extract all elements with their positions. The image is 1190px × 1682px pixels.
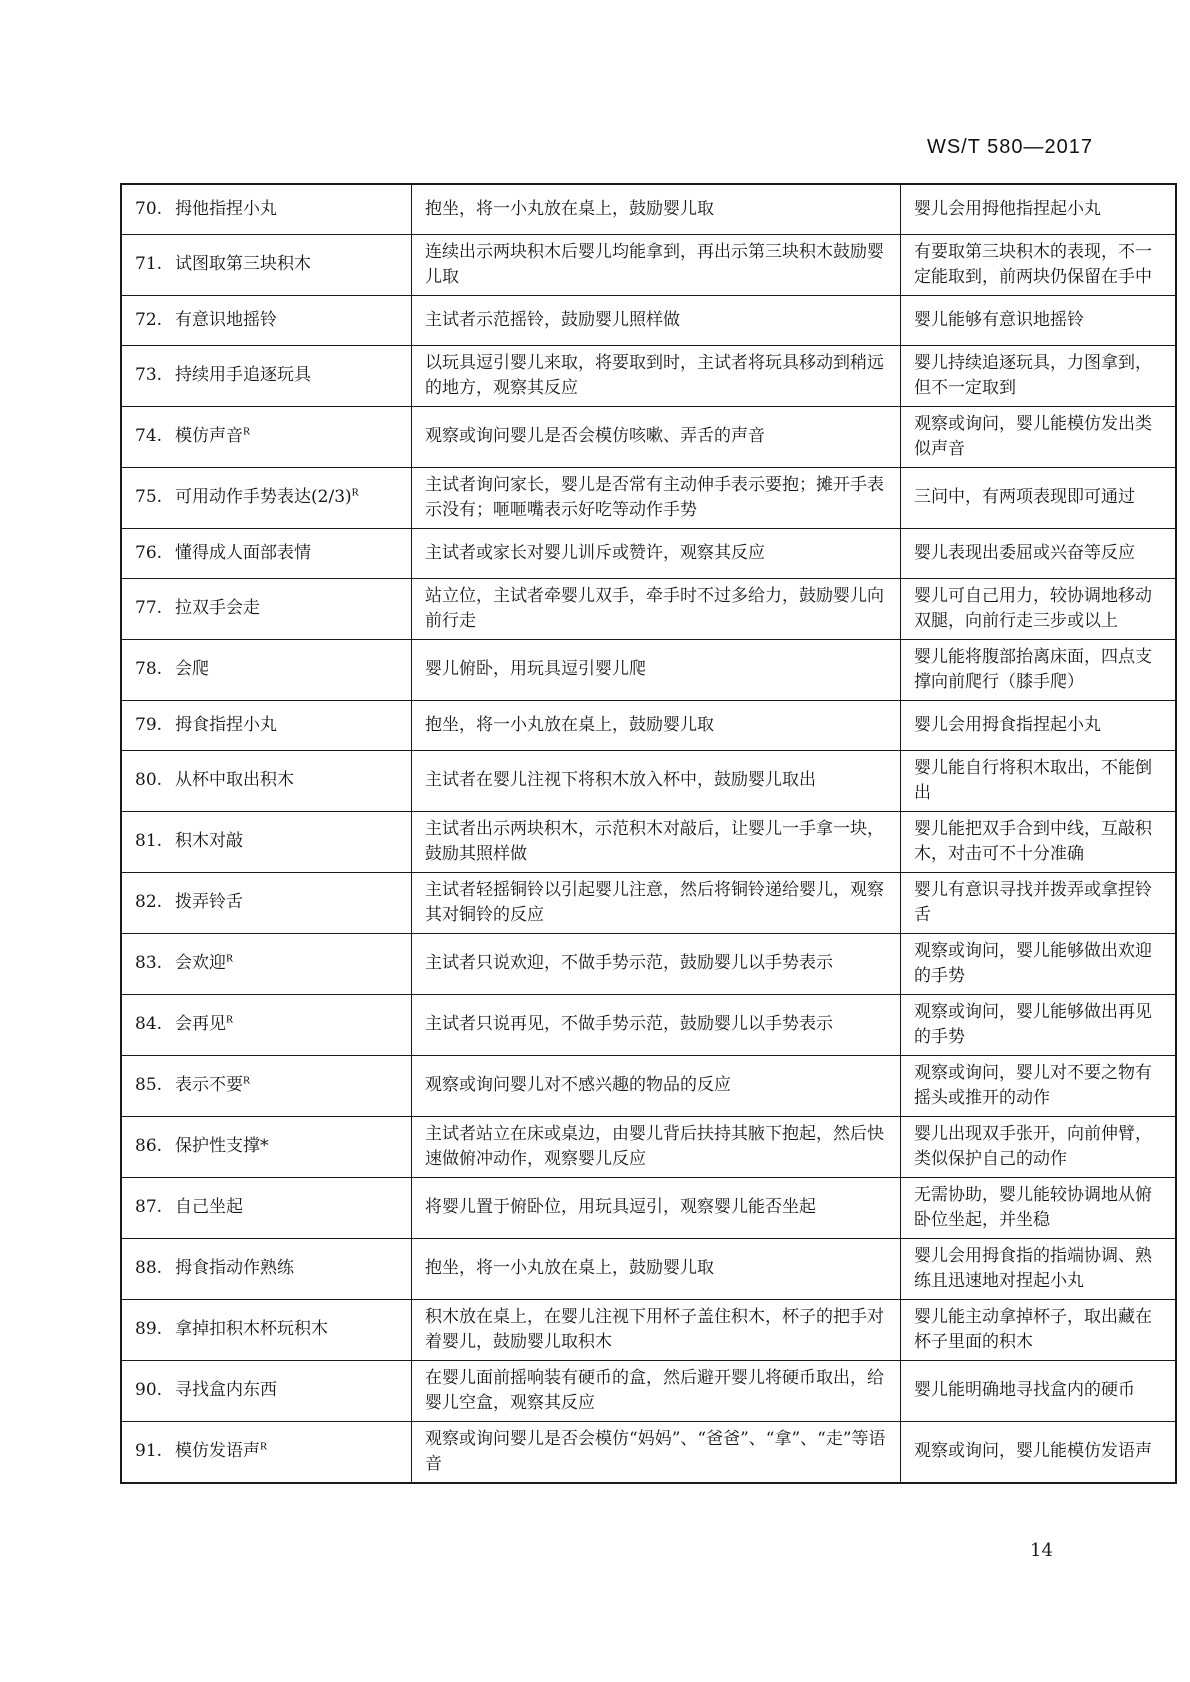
item-superscript: R <box>352 486 359 498</box>
pass-criteria-cell: 观察或询问，婴儿能模仿发语声 <box>901 1421 1177 1483</box>
item-number: 80. <box>135 768 162 793</box>
method-cell: 积木放在桌上，在婴儿注视下用杯子盖住积木，杯子的把手对着婴儿，鼓励婴儿取积木 <box>412 1299 901 1360</box>
table-row: 79.拇食指捏小丸抱坐，将一小丸放在桌上，鼓励婴儿取婴儿会用拇食指捏起小丸 <box>121 700 1176 750</box>
method-cell: 连续出示两块积木后婴儿均能拿到，再出示第三块积木鼓励婴儿取 <box>412 234 901 295</box>
item-number: 91. <box>135 1439 162 1464</box>
table-row: 81.积木对敲主试者出示两块积木，示范积木对敲后，让婴儿一手拿一块，鼓励其照样做… <box>121 811 1176 872</box>
pass-criteria-cell: 婴儿会用拇食指捏起小丸 <box>901 700 1177 750</box>
item-name: 保护性支撑* <box>175 1136 269 1156</box>
item-name: 持续用手追逐玩具 <box>175 365 311 385</box>
pass-criteria-cell: 婴儿能将腹部抬离床面，四点支撑向前爬行（膝手爬） <box>901 639 1177 700</box>
item-cell: 85.表示不要R <box>121 1055 412 1116</box>
pass-criteria-cell: 婴儿能明确地寻找盒内的硬币 <box>901 1360 1177 1421</box>
item-number: 78. <box>135 657 162 682</box>
table-row: 90.寻找盒内东西在婴儿面前摇响装有硬币的盒，然后避开婴儿将硬币取出，给婴儿空盒… <box>121 1360 1176 1421</box>
table-row: 84.会再见R主试者只说再见，不做手势示范，鼓励婴儿以手势表示观察或询问，婴儿能… <box>121 994 1176 1055</box>
item-cell: 84.会再见R <box>121 994 412 1055</box>
item-number: 70. <box>135 197 162 222</box>
item-superscript: R <box>226 952 233 964</box>
item-cell: 70.拇他指捏小丸 <box>121 184 412 234</box>
table-row: 73.持续用手追逐玩具以玩具逗引婴儿来取，将要取到时，主试者将玩具移动到稍远的地… <box>121 345 1176 406</box>
item-name: 积木对敲 <box>175 831 243 851</box>
pass-criteria-cell: 婴儿能自行将积木取出，不能倒出 <box>901 750 1177 811</box>
table-row: 78.会爬婴儿俯卧，用玩具逗引婴儿爬婴儿能将腹部抬离床面，四点支撑向前爬行（膝手… <box>121 639 1176 700</box>
pass-criteria-cell: 婴儿可自己用力，较协调地移动双腿，向前行走三步或以上 <box>901 578 1177 639</box>
item-name: 拿掉扣积木杯玩积木 <box>175 1319 328 1339</box>
item-name: 可用动作手势表达(2/3) <box>175 487 352 507</box>
item-cell: 87.自己坐起 <box>121 1177 412 1238</box>
item-cell: 71.试图取第三块积木 <box>121 234 412 295</box>
method-cell: 抱坐，将一小丸放在桌上，鼓励婴儿取 <box>412 184 901 234</box>
item-name: 会再见 <box>175 1014 226 1034</box>
item-name: 拇食指动作熟练 <box>175 1258 294 1278</box>
item-cell: 77.拉双手会走 <box>121 578 412 639</box>
item-cell: 78.会爬 <box>121 639 412 700</box>
method-cell: 观察或询问婴儿是否会模仿咳嗽、弄舌的声音 <box>412 406 901 467</box>
method-cell: 主试者只说再见，不做手势示范，鼓励婴儿以手势表示 <box>412 994 901 1055</box>
table-row: 85.表示不要R观察或询问婴儿对不感兴趣的物品的反应观察或询问，婴儿对不要之物有… <box>121 1055 1176 1116</box>
item-number: 79. <box>135 713 162 738</box>
item-number: 84. <box>135 1012 162 1037</box>
item-cell: 76.懂得成人面部表情 <box>121 528 412 578</box>
item-cell: 80.从杯中取出积木 <box>121 750 412 811</box>
item-name: 试图取第三块积木 <box>175 254 311 274</box>
method-cell: 将婴儿置于俯卧位，用玩具逗引，观察婴儿能否坐起 <box>412 1177 901 1238</box>
method-cell: 主试者示范摇铃，鼓励婴儿照样做 <box>412 295 901 345</box>
method-cell: 主试者出示两块积木，示范积木对敲后，让婴儿一手拿一块，鼓励其照样做 <box>412 811 901 872</box>
item-cell: 83.会欢迎R <box>121 933 412 994</box>
pass-criteria-cell: 婴儿出现双手张开，向前伸臂，类似保护自己的动作 <box>901 1116 1177 1177</box>
item-superscript: R <box>226 1013 233 1025</box>
item-number: 71. <box>135 252 162 277</box>
item-number: 87. <box>135 1195 162 1220</box>
method-cell: 主试者只说欢迎，不做手势示范，鼓励婴儿以手势表示 <box>412 933 901 994</box>
item-cell: 74.模仿声音R <box>121 406 412 467</box>
item-number: 72. <box>135 308 162 333</box>
item-name: 会欢迎 <box>175 953 226 973</box>
item-name: 表示不要 <box>175 1075 243 1095</box>
item-number: 83. <box>135 951 162 976</box>
method-cell: 在婴儿面前摇响装有硬币的盒，然后避开婴儿将硬币取出，给婴儿空盒，观察其反应 <box>412 1360 901 1421</box>
method-cell: 主试者询问家长，婴儿是否常有主动伸手表示要抱；摊开手表示没有；咂咂嘴表示好吃等动… <box>412 467 901 528</box>
assessment-table-body: 70.拇他指捏小丸抱坐，将一小丸放在桌上，鼓励婴儿取婴儿会用拇他指捏起小丸71.… <box>121 184 1176 1483</box>
method-cell: 主试者站立在床或桌边，由婴儿背后扶持其腋下抱起，然后快速做俯冲动作，观察婴儿反应 <box>412 1116 901 1177</box>
item-name: 寻找盒内东西 <box>175 1380 277 1400</box>
method-cell: 观察或询问婴儿对不感兴趣的物品的反应 <box>412 1055 901 1116</box>
item-name: 自己坐起 <box>175 1197 243 1217</box>
table-row: 82.拨弄铃舌主试者轻摇铜铃以引起婴儿注意，然后将铜铃递给婴儿，观察其对铜铃的反… <box>121 872 1176 933</box>
method-cell: 主试者或家长对婴儿训斥或赞许，观察其反应 <box>412 528 901 578</box>
method-cell: 站立位，主试者牵婴儿双手，牵手时不过多给力，鼓励婴儿向前行走 <box>412 578 901 639</box>
table-row: 75.可用动作手势表达(2/3)R主试者询问家长，婴儿是否常有主动伸手表示要抱；… <box>121 467 1176 528</box>
item-number: 88. <box>135 1256 162 1281</box>
pass-criteria-cell: 婴儿能主动拿掉杯子，取出藏在杯子里面的积木 <box>901 1299 1177 1360</box>
item-cell: 82.拨弄铃舌 <box>121 872 412 933</box>
item-number: 82. <box>135 890 162 915</box>
item-number: 77. <box>135 596 162 621</box>
item-number: 76. <box>135 541 162 566</box>
item-number: 75. <box>135 485 162 510</box>
method-cell: 抱坐，将一小丸放在桌上，鼓励婴儿取 <box>412 1238 901 1299</box>
item-name: 懂得成人面部表情 <box>175 543 311 563</box>
pass-criteria-cell: 婴儿表现出委屈或兴奋等反应 <box>901 528 1177 578</box>
pass-criteria-cell: 观察或询问，婴儿能够做出欢迎的手势 <box>901 933 1177 994</box>
method-cell: 观察或询问婴儿是否会模仿“妈妈”、“爸爸”、“拿”、“走”等语音 <box>412 1421 901 1483</box>
method-cell: 主试者在婴儿注视下将积木放入杯中，鼓励婴儿取出 <box>412 750 901 811</box>
table-row: 72.有意识地摇铃主试者示范摇铃，鼓励婴儿照样做婴儿能够有意识地摇铃 <box>121 295 1176 345</box>
table-row: 74.模仿声音R观察或询问婴儿是否会模仿咳嗽、弄舌的声音观察或询问，婴儿能模仿发… <box>121 406 1176 467</box>
item-superscript: R <box>243 425 250 437</box>
item-name: 拇食指捏小丸 <box>175 715 277 735</box>
item-number: 81. <box>135 829 162 854</box>
item-name: 拉双手会走 <box>175 598 260 618</box>
pass-criteria-cell: 婴儿持续追逐玩具，力图拿到，但不一定取到 <box>901 345 1177 406</box>
item-number: 74. <box>135 424 162 449</box>
table-row: 80.从杯中取出积木主试者在婴儿注视下将积木放入杯中，鼓励婴儿取出婴儿能自行将积… <box>121 750 1176 811</box>
standard-code-header: WS/T 580—2017 <box>0 136 1093 159</box>
method-cell: 主试者轻摇铜铃以引起婴儿注意，然后将铜铃递给婴儿，观察其对铜铃的反应 <box>412 872 901 933</box>
item-number: 73. <box>135 363 162 388</box>
pass-criteria-cell: 无需协助，婴儿能较协调地从俯卧位坐起，并坐稳 <box>901 1177 1177 1238</box>
item-name: 模仿声音 <box>175 426 243 446</box>
table-row: 88.拇食指动作熟练抱坐，将一小丸放在桌上，鼓励婴儿取婴儿会用拇食指的指端协调、… <box>121 1238 1176 1299</box>
item-number: 85. <box>135 1073 162 1098</box>
item-name: 拨弄铃舌 <box>175 892 243 912</box>
item-number: 90. <box>135 1378 162 1403</box>
item-cell: 88.拇食指动作熟练 <box>121 1238 412 1299</box>
item-superscript: R <box>243 1074 250 1086</box>
item-cell: 81.积木对敲 <box>121 811 412 872</box>
method-cell: 抱坐，将一小丸放在桌上，鼓励婴儿取 <box>412 700 901 750</box>
pass-criteria-cell: 观察或询问，婴儿对不要之物有摇头或推开的动作 <box>901 1055 1177 1116</box>
item-cell: 86.保护性支撑* <box>121 1116 412 1177</box>
item-name: 会爬 <box>175 659 209 679</box>
item-number: 86. <box>135 1134 162 1159</box>
pass-criteria-cell: 婴儿能够有意识地摇铃 <box>901 295 1177 345</box>
table-row: 87.自己坐起将婴儿置于俯卧位，用玩具逗引，观察婴儿能否坐起无需协助，婴儿能较协… <box>121 1177 1176 1238</box>
method-cell: 婴儿俯卧，用玩具逗引婴儿爬 <box>412 639 901 700</box>
item-name: 拇他指捏小丸 <box>175 199 277 219</box>
table-row: 89.拿掉扣积木杯玩积木积木放在桌上，在婴儿注视下用杯子盖住积木，杯子的把手对着… <box>121 1299 1176 1360</box>
pass-criteria-cell: 三问中，有两项表现即可通过 <box>901 467 1177 528</box>
item-cell: 91.模仿发语声R <box>121 1421 412 1483</box>
item-cell: 79.拇食指捏小丸 <box>121 700 412 750</box>
item-number: 89. <box>135 1317 162 1342</box>
assessment-items-table: 70.拇他指捏小丸抱坐，将一小丸放在桌上，鼓励婴儿取婴儿会用拇他指捏起小丸71.… <box>120 183 1177 1484</box>
table-row: 91.模仿发语声R观察或询问婴儿是否会模仿“妈妈”、“爸爸”、“拿”、“走”等语… <box>121 1421 1176 1483</box>
pass-criteria-cell: 有要取第三块积木的表现，不一定能取到，前两块仍保留在手中 <box>901 234 1177 295</box>
pass-criteria-cell: 婴儿能把双手合到中线，互敲积木，对击可不十分准确 <box>901 811 1177 872</box>
table-row: 77.拉双手会走站立位，主试者牵婴儿双手，牵手时不过多给力，鼓励婴儿向前行走婴儿… <box>121 578 1176 639</box>
pass-criteria-cell: 婴儿会用拇他指捏起小丸 <box>901 184 1177 234</box>
item-cell: 75.可用动作手势表达(2/3)R <box>121 467 412 528</box>
item-cell: 73.持续用手追逐玩具 <box>121 345 412 406</box>
table-row: 83.会欢迎R主试者只说欢迎，不做手势示范，鼓励婴儿以手势表示观察或询问，婴儿能… <box>121 933 1176 994</box>
table-row: 71.试图取第三块积木连续出示两块积木后婴儿均能拿到，再出示第三块积木鼓励婴儿取… <box>121 234 1176 295</box>
table-row: 86.保护性支撑*主试者站立在床或桌边，由婴儿背后扶持其腋下抱起，然后快速做俯冲… <box>121 1116 1176 1177</box>
item-cell: 90.寻找盒内东西 <box>121 1360 412 1421</box>
pass-criteria-cell: 观察或询问，婴儿能模仿发出类似声音 <box>901 406 1177 467</box>
item-superscript: R <box>260 1440 267 1452</box>
method-cell: 以玩具逗引婴儿来取，将要取到时，主试者将玩具移动到稍远的地方，观察其反应 <box>412 345 901 406</box>
table-row: 70.拇他指捏小丸抱坐，将一小丸放在桌上，鼓励婴儿取婴儿会用拇他指捏起小丸 <box>121 184 1176 234</box>
pass-criteria-cell: 观察或询问，婴儿能够做出再见的手势 <box>901 994 1177 1055</box>
item-name: 模仿发语声 <box>175 1441 260 1461</box>
page-number: 14 <box>1030 1540 1053 1561</box>
pass-criteria-cell: 婴儿会用拇食指的指端协调、熟练且迅速地对捏起小丸 <box>901 1238 1177 1299</box>
item-name: 有意识地摇铃 <box>175 310 277 330</box>
document-page: WS/T 580—2017 70.拇他指捏小丸抱坐，将一小丸放在桌上，鼓励婴儿取… <box>0 0 1190 1682</box>
item-cell: 89.拿掉扣积木杯玩积木 <box>121 1299 412 1360</box>
table-row: 76.懂得成人面部表情主试者或家长对婴儿训斥或赞许，观察其反应婴儿表现出委屈或兴… <box>121 528 1176 578</box>
item-cell: 72.有意识地摇铃 <box>121 295 412 345</box>
item-name: 从杯中取出积木 <box>175 770 294 790</box>
pass-criteria-cell: 婴儿有意识寻找并拨弄或拿捏铃舌 <box>901 872 1177 933</box>
